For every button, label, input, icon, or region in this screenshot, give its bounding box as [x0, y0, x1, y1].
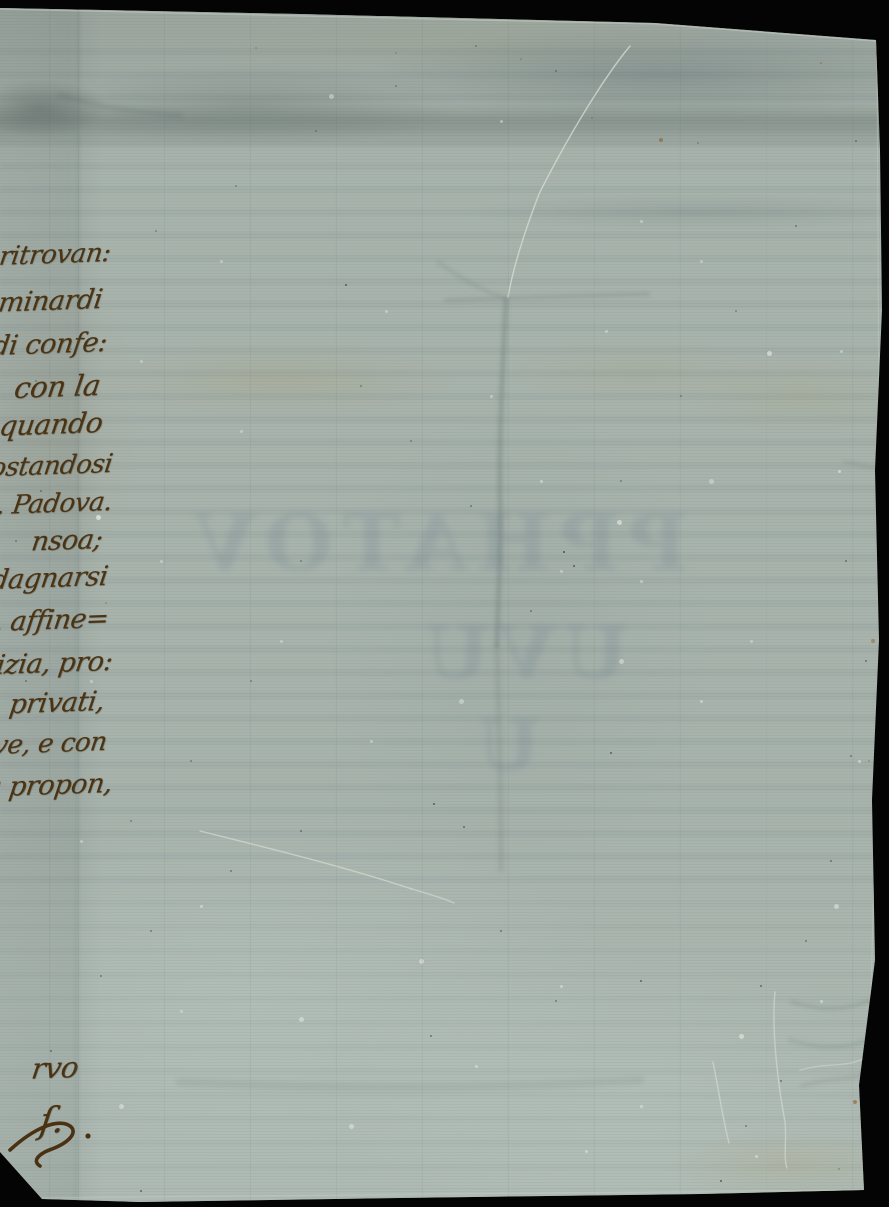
ink-fragment: quando: [0, 406, 104, 443]
ink-fragment: , affine=: [0, 603, 110, 638]
white-crack-lines: [200, 46, 864, 1168]
ink-fragment: ritrovan:: [0, 238, 112, 272]
show-through-row: U: [258, 711, 540, 781]
ink-dot: [85, 1133, 90, 1138]
ink-fragment: S. Padova.: [0, 487, 114, 522]
show-through-row: UVU: [258, 617, 628, 689]
show-through-text-lines: [0, 48, 889, 888]
rust-stain-specks: [0, 0, 2, 2]
show-through-row: PPHATOV: [258, 505, 688, 583]
fold-creases: [60, 6, 875, 1200]
ink-fragment: minardi: [0, 284, 104, 319]
scan-stage: PPHATOVUVUU ritrovan:minardidi confe:con…: [0, 0, 889, 1207]
ink-fragment: con la: [12, 368, 102, 405]
crease-and-crack-overlay: [0, 0, 889, 1207]
signature-flourish: [10, 1123, 73, 1166]
ink-fragment: izia, pro:: [0, 646, 114, 681]
paper-flecks-light: [0, 0, 3, 3]
manuscript-page: PPHATOVUVUU ritrovan:minardidi confe:con…: [0, 0, 889, 1207]
ink-fragment: a propon,: [0, 768, 114, 803]
ink-fragment: di confe:: [0, 327, 109, 362]
ink-fragment: privati,: [7, 686, 106, 720]
paper-edge-highlights: [0, 9, 880, 1198]
ink-fragment: ſ.: [37, 1100, 67, 1142]
mirrored-show-through-lettering: PPHATOVUVUU: [258, 505, 698, 781]
ink-fragment: eve, e con: [0, 727, 109, 761]
foxing-specks-dark: [0, 0, 2, 2]
ink-fragment: nsoa;: [29, 524, 104, 557]
ink-fragment: postandosi: [0, 449, 114, 484]
show-through-text-lines-lower: [0, 900, 889, 1190]
left-gutter-fold: [76, 6, 78, 1200]
ink-fragment: dagnarsi: [0, 561, 110, 596]
ink-fragment: rvo: [29, 1050, 80, 1086]
